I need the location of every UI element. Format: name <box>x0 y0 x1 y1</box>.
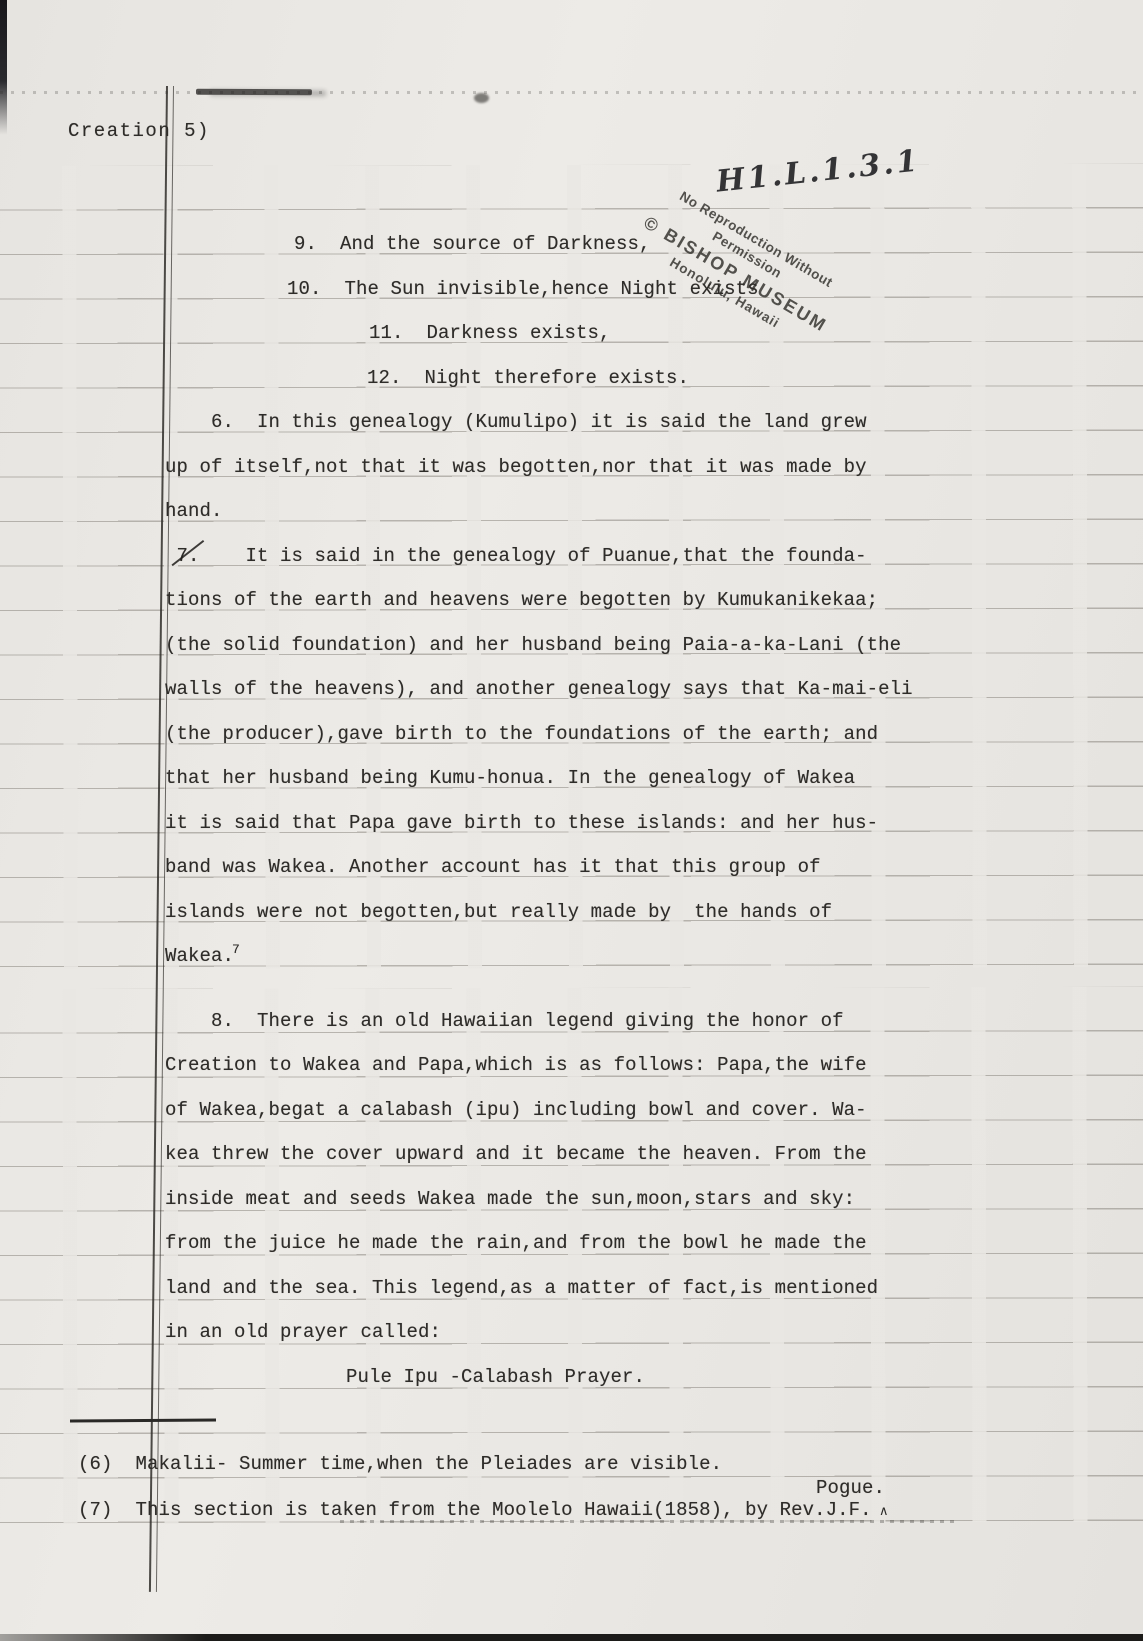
paragraph8-line-7: land and the sea. This legend,as a matte… <box>165 1277 878 1299</box>
paragraph6-line-2: up of itself,not that it was begotten,no… <box>165 456 867 478</box>
paragraph7-line-8: band was Wakea. Another account has it t… <box>165 856 821 878</box>
insertion-caret: ∧ <box>879 1504 889 1519</box>
verse-line-12: 12. Night therefore exists. <box>367 367 689 389</box>
verse-line-11: 11. Darkness exists, <box>369 322 611 344</box>
paragraph6-line-3: hand. <box>165 500 223 522</box>
paragraph7-line-7: it is said that Papa gave birth to these… <box>165 812 878 834</box>
prayer-title: Pule Ipu -Calabash Prayer. <box>346 1366 645 1388</box>
paragraph7-line-6: that her husband being Kumu-honua. In th… <box>165 767 855 789</box>
paragraph7-line-3: (the solid foundation) and her husband b… <box>165 634 901 656</box>
footnote-6: (6) Makalii- Summer time,when the Pleiad… <box>78 1453 722 1475</box>
paragraph8-line-4: kea threw the cover upward and it became… <box>165 1143 867 1165</box>
bottom-scan-edge <box>0 1634 1143 1641</box>
paragraph7-line-2: tions of the earth and heavens were bego… <box>165 589 878 611</box>
superscript-footnote-ref: 7 <box>232 942 240 957</box>
scanned-document-page: Creation 5) H1.L.1.3.1 No Reproduction W… <box>0 0 1143 1641</box>
paragraph6-line-1: 6. In this genealogy (Kumulipo) it is sa… <box>165 411 867 433</box>
verse-line-10: 10. The Sun invisible,hence Night exists <box>287 278 759 300</box>
top-smudge <box>196 89 312 96</box>
page-header: Creation 5) <box>68 120 210 142</box>
paragraph8-line-6: from the juice he made the rain,and from… <box>165 1232 867 1254</box>
paragraph7-line-4: walls of the heavens), and another genea… <box>165 678 913 700</box>
paragraph7-line-5: (the producer),gave birth to the foundat… <box>165 723 878 745</box>
paragraph8-line-1: 8. There is an old Hawaiian legend givin… <box>165 1010 844 1032</box>
paragraph8-line-5: inside meat and seeds Wakea made the sun… <box>165 1188 855 1210</box>
paragraph8-line-3: of Wakea,begat a calabash (ipu) includin… <box>165 1099 867 1121</box>
footnote-7: (7) This section is taken from the Moole… <box>78 1499 872 1521</box>
paragraph7-line-10: Wakea.7 <box>165 945 240 969</box>
paragraph7-line-1: 7. It is said in the genealogy of Puanue… <box>165 545 867 567</box>
verse-line-9: 9. And the source of Darkness, <box>294 233 651 255</box>
paragraph8-line-8: in an old prayer called: <box>165 1321 441 1343</box>
paragraph7-line-9: islands were not begotten,but really mad… <box>165 901 832 923</box>
footnote-attribution: Pogue. <box>816 1477 885 1499</box>
paragraph7-line-10-text: Wakea. <box>165 945 234 967</box>
paragraph8-line-2: Creation to Wakea and Papa,which is as f… <box>165 1054 867 1076</box>
ink-blob <box>474 93 489 103</box>
left-scan-edge <box>0 0 7 135</box>
